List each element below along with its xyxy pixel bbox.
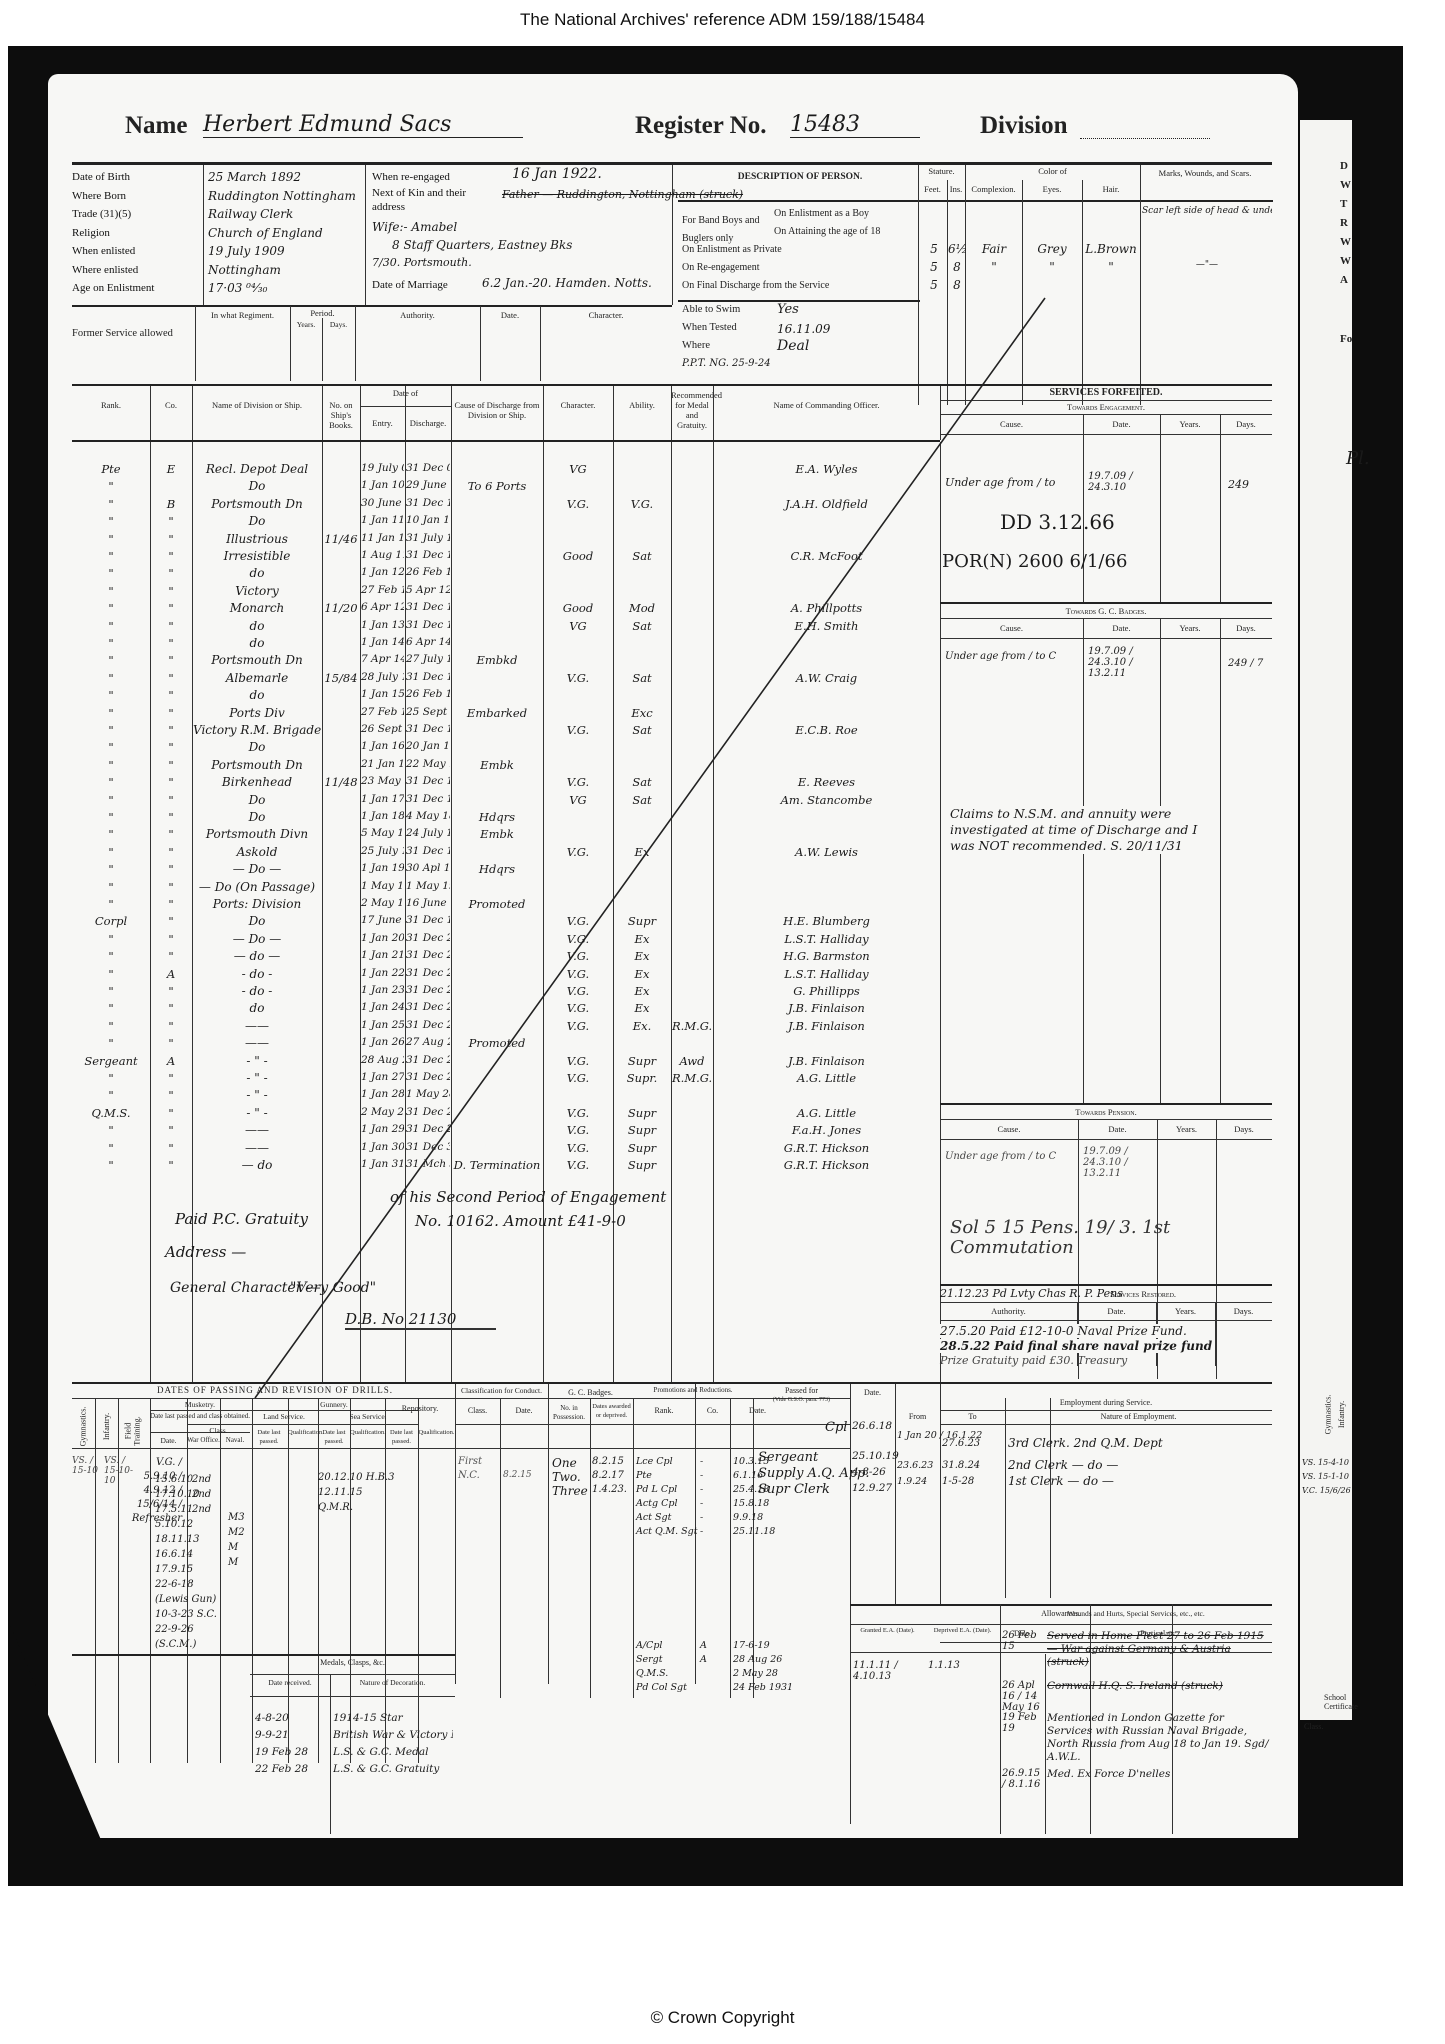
divider	[365, 165, 366, 305]
label-when-enlisted: When enlisted	[72, 242, 202, 261]
divider	[730, 1398, 731, 1698]
service-cell-rank: "	[73, 479, 149, 493]
col-eyes: Eyes.	[1022, 184, 1082, 194]
employment-col-to: To	[940, 1412, 1005, 1421]
employment-to: 1-5-28	[942, 1476, 974, 1487]
service-cell-rank: "	[73, 897, 149, 911]
war-office-class: 2nd	[192, 1487, 222, 1502]
rule	[250, 1424, 418, 1425]
service-cell-rank: "	[73, 775, 149, 789]
passed-for-date: 4-8-26	[852, 1466, 886, 1478]
service-cell-rank: "	[73, 845, 149, 859]
gc-badge-number: One	[552, 1456, 577, 1470]
drill-col-sea-service: Sea Service.	[318, 1412, 418, 1421]
promotion-co: A	[700, 1654, 707, 1665]
gc-col-days: Days.	[1220, 623, 1272, 633]
description-complexion: Fair	[966, 242, 1022, 256]
drill-col-field-training: Field Training.	[124, 1409, 142, 1454]
drill-col-naval: Naval.	[220, 1436, 250, 1445]
value-trade: Railway Clerk	[208, 205, 358, 224]
war-office-class: 2nd	[192, 1502, 222, 1517]
col-marks: Marks, Wounds, and Scars.	[1140, 168, 1270, 178]
drill-col-rep-date: Date last passed.	[385, 1428, 418, 1446]
service-cell-co: "	[151, 1158, 191, 1172]
divider	[318, 1398, 319, 1763]
promotion-date: 24 Feb 1931	[733, 1682, 793, 1693]
promotion-rank: Act Sgt	[636, 1512, 671, 1523]
personal-labels: Date of Birth Where Born Trade (31)(5) R…	[72, 168, 202, 298]
musketry-date: 16.6.14	[155, 1547, 220, 1562]
divider	[1005, 1398, 1006, 1598]
service-cell-rank: Q.M.S.	[73, 1106, 149, 1120]
archive-reference: The National Archives' reference ADM 159…	[0, 10, 1445, 30]
musketry-date: 5.10.12	[155, 1517, 220, 1532]
service-cell-rank: "	[73, 1088, 149, 1102]
naval-class: M	[228, 1555, 258, 1570]
personal-values: 25 March 1892 Ruddington Nottingham Rail…	[208, 168, 358, 298]
rule	[455, 1448, 850, 1449]
value-where-born: Ruddington Nottingham	[208, 187, 358, 206]
value-dob: 25 March 1892	[208, 168, 358, 187]
service-cell-co: "	[151, 1036, 191, 1050]
adjacent-drill-value: VS. 15-1-10	[1302, 1472, 1349, 1481]
service-cell-co: "	[151, 584, 191, 598]
divider	[753, 1398, 754, 1698]
rule	[72, 1654, 455, 1656]
name-label: Name	[125, 112, 187, 140]
divider	[385, 1398, 386, 1763]
service-cell-co: A	[151, 967, 191, 981]
promotion-rank: Pte	[636, 1470, 652, 1481]
record-header: Name Herbert Edmund Sacs Register No. 15…	[125, 112, 1175, 146]
service-cell-rank: "	[73, 740, 149, 754]
passed-for-entry: Cpl	[825, 1420, 847, 1435]
promotion-date: 2 May 28	[733, 1668, 778, 1679]
service-cell-co: "	[151, 1141, 191, 1155]
service-cell-rank: "	[73, 984, 149, 998]
rule	[250, 1674, 455, 1675]
service-cell-rank: "	[73, 1071, 149, 1085]
service-cell-co: B	[151, 497, 191, 511]
register-label: Register No.	[635, 112, 766, 140]
col-hair: Hair.	[1082, 184, 1140, 194]
divider	[633, 1398, 634, 1698]
medal-date: 9-9-21	[255, 1729, 289, 1741]
service-col-rank: Rank.	[72, 400, 150, 410]
service-cell-co: "	[151, 1001, 191, 1015]
service-cell-co: "	[151, 775, 191, 789]
service-cell-rank: "	[73, 723, 149, 737]
passed-for-date: 12.9.27	[852, 1482, 892, 1494]
service-cell-rank: "	[73, 862, 149, 876]
divider	[1160, 618, 1161, 1103]
description-row-label: On Final Discharge from the Service	[682, 280, 829, 291]
employment-nature: 3rd Clerk. 2nd Q.M. Dept	[1008, 1436, 1163, 1450]
adjacent-letter: Fo	[1340, 333, 1352, 345]
service-cell-rank: "	[73, 810, 149, 824]
service-cell-rank: "	[73, 532, 149, 546]
divider	[150, 1398, 151, 1763]
service-cell-co: "	[151, 914, 191, 928]
medal-date: 4-8-20	[255, 1712, 289, 1724]
adjacent-school-cert: School Certificate	[1324, 1693, 1364, 1711]
rule	[678, 200, 1273, 202]
medals-col-date: Date received.	[250, 1678, 330, 1687]
sea-service-values: 20.12.10 H.B.312.11.15 Q.M.R.	[318, 1470, 398, 1515]
conduct-class: N.C.	[458, 1470, 480, 1481]
service-cell-rank: "	[73, 827, 149, 841]
divider	[590, 1398, 591, 1698]
drill-col-musketry: Musketry.	[150, 1400, 250, 1409]
musketry-date: 10-3-23 S.C.	[155, 1607, 220, 1622]
description-row-label: On Attaining the age of 18	[774, 226, 880, 237]
drill-col-repository: Repository.	[385, 1404, 455, 1413]
service-cell-rank: "	[73, 653, 149, 667]
service-cell-rank: "	[73, 932, 149, 946]
col-stature: Stature.	[918, 166, 965, 176]
description-marks: —"—	[1142, 260, 1272, 270]
name-value: Herbert Edmund Sacs	[203, 112, 523, 138]
medals-col-nature: Nature of Decoration.	[330, 1678, 455, 1687]
war-office-class: 2nd	[192, 1472, 222, 1487]
naval-class: M2	[228, 1525, 258, 1540]
drill-col-land-qual: Qualification.	[288, 1428, 318, 1437]
promotion-co: A	[700, 1640, 707, 1651]
service-cell-co: "	[151, 566, 191, 580]
promotion-co: -	[700, 1526, 703, 1537]
service-cell-co: "	[151, 949, 191, 963]
rule	[187, 1424, 250, 1425]
col-complexion: Complexion.	[965, 184, 1022, 194]
diagonal-line-icon	[255, 298, 1155, 1398]
conduct-date: 8.2.15	[503, 1470, 532, 1480]
restored-col-days: Days.	[1215, 1306, 1272, 1316]
restored-col-years: Years.	[1156, 1306, 1215, 1316]
drill-col-gymnastics: Gymnastics.	[79, 1402, 88, 1452]
eng-days: 249	[1228, 478, 1249, 491]
gc-col-years: Years.	[1160, 623, 1220, 633]
col-feet: Feet.	[918, 184, 947, 194]
description-row-label: On Enlistment as a Boy	[774, 208, 869, 219]
service-cell-rank: "	[73, 1001, 149, 1015]
adjacent-class: Class.	[1304, 1722, 1323, 1731]
rule	[850, 1624, 1272, 1625]
musketry-date: 18.11.13	[155, 1532, 220, 1547]
service-cell-rank: "	[73, 497, 149, 511]
promotion-co: -	[700, 1512, 703, 1523]
description-ins: 6½	[948, 242, 966, 256]
description-title: DESCRIPTION OF PERSON.	[680, 172, 920, 182]
service-cell-rank: "	[73, 1141, 149, 1155]
description-feet: 5	[920, 278, 948, 292]
kin-line: 7/30. Portsmouth.	[372, 256, 472, 269]
description-hair: L.Brown	[1082, 242, 1140, 256]
rule	[940, 1410, 1272, 1411]
conduct-class: First	[458, 1456, 482, 1467]
passed-for-date: 25.10.19	[852, 1450, 899, 1462]
divider	[150, 386, 151, 440]
service-cell-co: "	[151, 671, 191, 685]
medal-nature: L.S. & G.C. Medal	[333, 1746, 453, 1758]
rule	[850, 1604, 1272, 1606]
divider	[1000, 1604, 1001, 1834]
promotion-rank: Act Q.M. Sgt	[636, 1526, 698, 1537]
adjacent-gymnastics: Gymnastics.	[1323, 1395, 1332, 1435]
service-cell-co: "	[151, 1071, 191, 1085]
service-cell-rank: "	[73, 1158, 149, 1172]
service-cell-co: "	[151, 723, 191, 737]
promotion-rank: Pd Col Sgt	[636, 1682, 687, 1693]
medal-nature: British War & Victory Medals	[333, 1729, 453, 1741]
drill-col-date: Date.	[150, 1436, 187, 1445]
drill-col-land-date: Date last passed.	[250, 1428, 288, 1446]
service-cell-rank: "	[73, 601, 149, 615]
promotion-rank: Lce Cpl	[636, 1456, 673, 1467]
conduct-col-class: Class.	[455, 1406, 500, 1415]
employment-to: 27.6.23	[942, 1438, 980, 1449]
promotion-rank: Actg Cpl	[636, 1498, 678, 1509]
service-cell-rank: "	[73, 584, 149, 598]
employment-col-from: From	[895, 1412, 940, 1421]
band-boys-label: For Band Boys and Buglers only	[682, 212, 772, 248]
value-religion: Church of England	[208, 224, 358, 243]
adjacent-letter: W	[1340, 236, 1351, 248]
label-next-of-kin: Next of Kin and their address	[372, 186, 497, 214]
service-cell-co: E	[151, 462, 191, 476]
divider	[455, 1384, 456, 1684]
adjacent-infantry: Infantry.	[1337, 1401, 1346, 1428]
divider	[203, 165, 204, 305]
service-cell-co: "	[151, 932, 191, 946]
service-cell-co: "	[151, 827, 191, 841]
promotion-date: 28 Aug 26	[733, 1654, 782, 1665]
service-cell-rank: "	[73, 566, 149, 580]
adjacent-drill-value: V.C. 15/6/26	[1302, 1486, 1351, 1495]
drill-col-sea-qual: Qualification.	[350, 1428, 385, 1437]
musketry-date: 17.9.15	[155, 1562, 220, 1577]
gc-badge-date: 8.2.17	[592, 1470, 624, 1481]
medal-nature: L.S. & G.C. Gratuity	[333, 1763, 453, 1775]
promotion-co: -	[700, 1484, 703, 1495]
allowance-granted-ea: 11.1.11 / 4.10.13	[853, 1660, 923, 1682]
pension-col-days: Days.	[1216, 1124, 1272, 1134]
divider	[192, 386, 193, 440]
copyright-notice: © Crown Copyright	[0, 2008, 1445, 2028]
medal-date: 22 Feb 28	[255, 1763, 308, 1775]
employment-to: 31.8.24	[942, 1460, 980, 1471]
rule	[150, 1410, 250, 1411]
former-service-label: Former Service allowed	[72, 325, 182, 343]
wound-particulars: Cornwall H.Q. S. Ireland (struck)	[1047, 1680, 1269, 1693]
service-cell-co: "	[151, 1019, 191, 1033]
value-marriage: 6.2 Jan.-20. Hamden. Notts.	[482, 276, 652, 290]
promotion-co: -	[700, 1470, 703, 1481]
employment-from: 23.6.23	[897, 1460, 933, 1471]
divider	[1050, 1398, 1051, 1598]
gymnastics-value: VS. / 15-10	[72, 1456, 102, 1476]
wound-date: 26 Feb 15	[1002, 1630, 1046, 1652]
service-cell-rank: "	[73, 1036, 149, 1050]
sea-service-entry: 20.12.10 H.B.3	[318, 1470, 398, 1485]
label-reengaged: When re-engaged	[372, 168, 450, 187]
service-cell-co: "	[151, 880, 191, 894]
service-cell-rank: "	[73, 706, 149, 720]
rule	[72, 1398, 455, 1399]
divider	[1220, 414, 1221, 602]
description-ins: 8	[948, 278, 966, 292]
address-label: Address —	[165, 1243, 246, 1261]
promotion-co: -	[700, 1498, 703, 1509]
pension-col-years: Years.	[1157, 1124, 1216, 1134]
kin-line: 8 Staff Quarters, Eastney Bks	[392, 238, 572, 252]
employment-from: 1.9.24	[897, 1476, 927, 1487]
gc-badge-date: 8.2.15	[592, 1456, 624, 1467]
divider	[1220, 618, 1221, 1103]
adjacent-drill-value: VS. 15-4-10	[1302, 1458, 1349, 1467]
divider	[418, 1398, 419, 1763]
allow-col-deprived-ea: Deprived E.A. (Date).	[925, 1626, 1000, 1635]
promotion-date: 17-6-19	[733, 1640, 770, 1651]
wound-particulars: Served in Home Fleet 27 to 26 Feb 1915 —…	[1047, 1630, 1269, 1669]
eng-col-years: Years.	[1160, 419, 1220, 429]
divider	[330, 1674, 331, 1834]
naval-values: M3M2MM	[228, 1510, 258, 1570]
divider	[548, 1384, 549, 1684]
service-cell-rank: Corpl	[73, 914, 149, 928]
wound-date: 26 Apl 16 / 14 May 16	[1002, 1680, 1046, 1713]
employment-col-nature: Nature of Employment.	[1005, 1412, 1272, 1421]
register-value: 15483	[790, 112, 920, 138]
sea-service-entry: 12.11.15 Q.M.R.	[318, 1485, 398, 1515]
musketry-date: 22-9-26 (S.C.M.)	[155, 1622, 220, 1652]
scan-bottom-edge	[8, 1838, 1403, 1886]
divider	[672, 165, 673, 305]
label-age: Age on Enlistment	[72, 279, 202, 298]
service-cell-co: "	[151, 549, 191, 563]
drill-col-class: Class.	[187, 1426, 250, 1435]
adjacent-page: DWTRWWAFoPl.Gymnastics.Infantry.VS. 15-4…	[1300, 120, 1355, 1720]
service-cell-co: A	[151, 1054, 191, 1068]
service-cell-co: "	[151, 810, 191, 824]
eng-col-days: Days.	[1220, 419, 1272, 429]
naval-class: M	[228, 1540, 258, 1555]
description-row-label: On Re-engagement	[682, 262, 759, 273]
label-where-enlisted: Where enlisted	[72, 261, 202, 280]
value-age: 17·03 ⁰⁴⁄₃₀	[208, 279, 358, 298]
col-ins: Ins.	[947, 184, 965, 194]
rule	[455, 1424, 850, 1425]
service-cell-rank: "	[73, 1123, 149, 1137]
col-color-of: Color of	[965, 166, 1140, 176]
description-ins: 8	[948, 260, 966, 274]
promotion-rank: Q.M.S.	[636, 1668, 668, 1679]
service-cell-rank: "	[73, 880, 149, 894]
musketry-date: 22-6-18 (Lewis Gun)	[155, 1577, 220, 1607]
service-cell-rank: "	[73, 1019, 149, 1033]
service-cell-co: "	[151, 653, 191, 667]
service-cell-rank: "	[73, 949, 149, 963]
employment-nature: 1st Clerk — do —	[1008, 1474, 1114, 1488]
employment-title: Employment during Service.	[940, 1398, 1272, 1407]
employment-nature: 2nd Clerk — do —	[1008, 1458, 1118, 1472]
description-eyes: Grey	[1022, 242, 1082, 256]
service-cell-co: "	[151, 897, 191, 911]
wound-date: 19 Feb 19	[1002, 1712, 1046, 1734]
division-label: Division	[980, 112, 1068, 140]
service-cell-co: "	[151, 532, 191, 546]
divider	[500, 1398, 501, 1698]
service-cell-rank: "	[73, 793, 149, 807]
service-cell-rank: "	[73, 514, 149, 528]
service-cell-co: "	[151, 688, 191, 702]
conduct-col-date: Date.	[500, 1406, 548, 1415]
division-value	[1080, 112, 1210, 139]
service-cell-rank: "	[73, 758, 149, 772]
passed-for-date: 26.6.18	[852, 1420, 892, 1432]
divider	[350, 1398, 351, 1763]
adjacent-letter: A	[1340, 274, 1348, 286]
wounds-title: Wounds and Hurts, Special Services, etc.…	[1000, 1609, 1272, 1618]
adjacent-letter: W	[1340, 179, 1351, 191]
adjacent-letter: T	[1340, 198, 1347, 210]
drill-col-sea-date: Date last passed.	[318, 1428, 350, 1446]
service-cell-co: "	[151, 636, 191, 650]
wound-date: 26.9.15 / 8.1.16	[1002, 1768, 1046, 1790]
allowance-deprived-ea: 1.1.13	[928, 1660, 960, 1671]
service-cell-rank: "	[73, 967, 149, 981]
wound-particulars: Med. Ex Force D'nelles	[1047, 1768, 1269, 1781]
service-col-co: Co.	[150, 400, 192, 410]
rule	[250, 1696, 455, 1697]
promotion-co: -	[700, 1456, 703, 1467]
label-trade: Trade (31)(5)	[72, 205, 202, 224]
service-cell-rank: Pte	[73, 462, 149, 476]
drill-col-rep-qual: Qualification.	[418, 1428, 455, 1437]
adjacent-letter: D	[1340, 160, 1348, 172]
allow-col-granted-ea: Granted E.A. (Date).	[850, 1626, 925, 1635]
service-cell-rank: "	[73, 619, 149, 633]
value-when-enlisted: 19 July 1909	[208, 242, 358, 261]
service-cell-co: "	[151, 1123, 191, 1137]
label-where-born: Where Born	[72, 187, 202, 206]
cancellation-stroke	[255, 1398, 256, 1399]
naval-class: M3	[228, 1510, 258, 1525]
service-cell-co: "	[151, 1088, 191, 1102]
value-reengaged: 16 Jan 1922.	[512, 166, 602, 182]
promotions-col-date: Date.	[730, 1406, 785, 1415]
service-cell-co: "	[151, 1106, 191, 1120]
service-cell-co: "	[151, 601, 191, 615]
passed-for-entry: Sergeant	[758, 1450, 818, 1465]
service-cell-rank: "	[73, 688, 149, 702]
service-cell-co: "	[151, 758, 191, 772]
medal-date: 19 Feb 28	[255, 1746, 308, 1758]
war-office-values: 2nd2nd2nd	[192, 1472, 222, 1517]
value-where-enlisted: Nottingham	[208, 261, 358, 280]
description-marks: Scar left side of head & under left eye	[1142, 206, 1272, 216]
service-cell-co: "	[151, 984, 191, 998]
divider	[288, 1398, 289, 1763]
promotion-date: 9.9.18	[733, 1512, 763, 1523]
promotion-rank: Sergt	[636, 1654, 663, 1665]
drill-col-war-office: War Office.	[187, 1436, 220, 1445]
description-complexion: "	[966, 260, 1022, 274]
medal-nature: 1914-15 Star	[333, 1712, 453, 1724]
description-feet: 5	[920, 260, 948, 274]
wound-particulars: Mentioned in London Gazette for Services…	[1047, 1712, 1269, 1764]
medals-title: Medals, Clasps, &c.	[250, 1658, 455, 1667]
drill-col-date-last-passed: Date last passed and class obtained.	[150, 1412, 250, 1421]
